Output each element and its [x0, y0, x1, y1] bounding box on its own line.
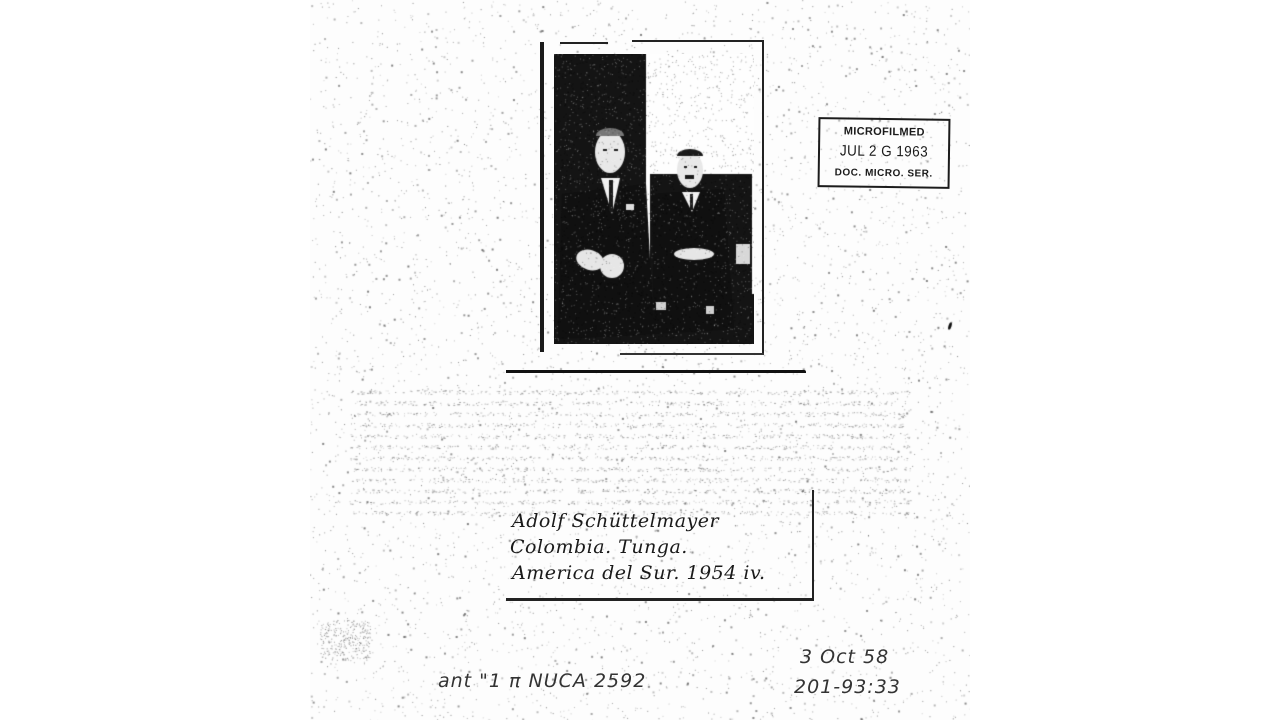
- stamp-date: JUL 2 G 1963: [826, 142, 941, 161]
- caption-location: Colombia. Tunga.: [510, 536, 688, 558]
- frame-edge: [762, 40, 764, 354]
- photograph: [554, 54, 754, 344]
- stamp-title: MICROFILMED: [820, 125, 948, 139]
- frame-edge: [540, 42, 544, 352]
- frame-edge: [620, 353, 764, 355]
- handwritten-file-number: 201-93:33: [794, 676, 901, 698]
- stamp-footer: DOC. MICRO. SER.: [820, 167, 948, 180]
- scanned-page: MICROFILMED JUL 2 G 1963 DOC. MICRO. SER…: [310, 0, 970, 720]
- frame-edge: [560, 42, 608, 44]
- caption-box: Adolf Schüttelmayer Colombia. Tunga. Ame…: [506, 490, 814, 601]
- divider-rule: [506, 370, 806, 373]
- frame-edge: [632, 40, 764, 42]
- photo-frame: [540, 40, 764, 352]
- microfilmed-stamp: MICROFILMED JUL 2 G 1963 DOC. MICRO. SER…: [818, 117, 951, 189]
- caption-region-year: America del Sur. 1954 iv.: [512, 562, 766, 584]
- caption-name: Adolf Schüttelmayer: [512, 510, 719, 532]
- handwritten-reference: ant "1 π NUCA 2592: [438, 670, 646, 692]
- document-viewer: MICROFILMED JUL 2 G 1963 DOC. MICRO. SER…: [0, 0, 1280, 720]
- handwritten-date: 3 Oct 58: [800, 646, 889, 668]
- photograph-image: [554, 54, 754, 344]
